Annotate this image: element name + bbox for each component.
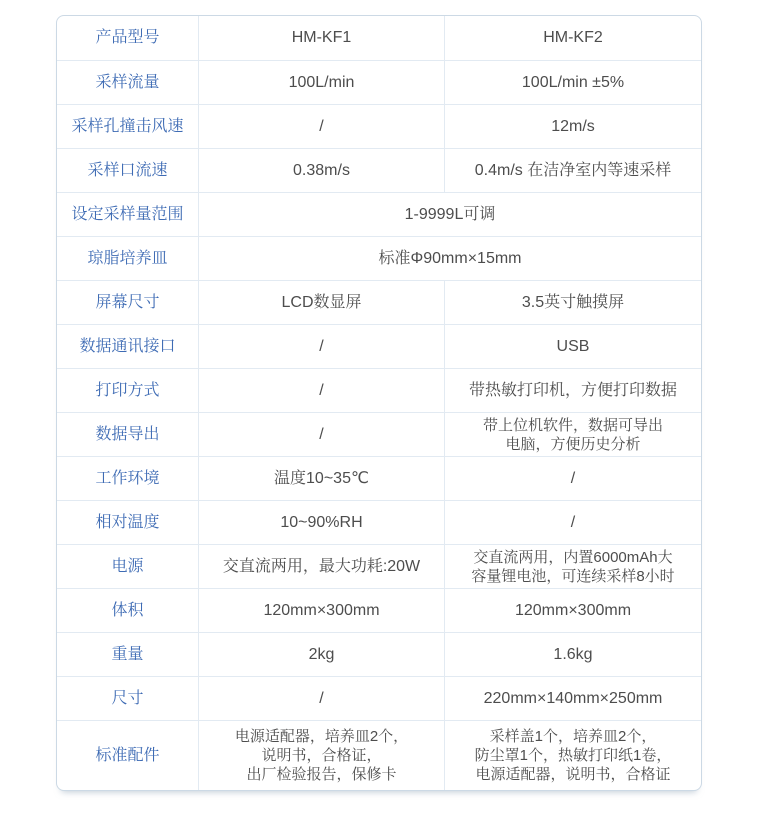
hm-kf2-value: 采样盖1个，培养皿2个， 防尘罩1个，热敏打印纸1卷， 电源适配器，说明书，合格… (444, 721, 701, 790)
table-row: 打印方式/带热敏打印机，方便打印数据 (57, 368, 701, 412)
hm-kf1-value: / (198, 677, 444, 720)
table-row: 产品型号HM-KF1HM-KF2 (57, 16, 701, 60)
hm-kf2-value: 120mm×300mm (444, 589, 701, 632)
spec-label: 琼脂培养皿 (57, 237, 198, 280)
spec-label: 屏幕尺寸 (57, 281, 198, 324)
table-row: 重量2kg1.6kg (57, 632, 701, 676)
spec-label: 电源 (57, 545, 198, 588)
hm-kf1-value: LCD数显屏 (198, 281, 444, 324)
hm-kf1-value: 10~90%RH (198, 501, 444, 544)
spec-label: 数据通讯接口 (57, 325, 198, 368)
hm-kf1-value: 电源适配器，培养皿2个， 说明书，合格证， 出厂检验报告，保修卡 (198, 721, 444, 790)
table-row: 相对温度10~90%RH/ (57, 500, 701, 544)
hm-kf2-value: USB (444, 325, 701, 368)
table-row: 采样流量100L/min100L/min ±5% (57, 60, 701, 104)
hm-kf2-value: HM-KF2 (444, 16, 701, 60)
hm-kf2-value: / (444, 457, 701, 500)
hm-kf1-value: 温度10~35℃ (198, 457, 444, 500)
spec-label: 采样孔撞击风速 (57, 105, 198, 148)
spec-label: 数据导出 (57, 413, 198, 456)
spec-label: 尺寸 (57, 677, 198, 720)
table-row: 体积120mm×300mm120mm×300mm (57, 588, 701, 632)
product-spec-table: 产品型号HM-KF1HM-KF2采样流量100L/min100L/min ±5%… (56, 15, 702, 791)
hm-kf1-value: 交直流两用，最大功耗:20W (198, 545, 444, 588)
spec-label: 产品型号 (57, 16, 198, 60)
spec-label: 打印方式 (57, 369, 198, 412)
hm-kf1-value: 120mm×300mm (198, 589, 444, 632)
page: 产品型号HM-KF1HM-KF2采样流量100L/min100L/min ±5%… (0, 0, 760, 817)
hm-kf1-value: 0.38m/s (198, 149, 444, 192)
table-row: 数据通讯接口/USB (57, 324, 701, 368)
table-row: 采样孔撞击风速/12m/s (57, 104, 701, 148)
spec-label: 体积 (57, 589, 198, 632)
hm-kf2-value: 12m/s (444, 105, 701, 148)
table-row: 屏幕尺寸LCD数显屏3.5英寸触摸屏 (57, 280, 701, 324)
hm-kf2-value: 带热敏打印机，方便打印数据 (444, 369, 701, 412)
table-row: 采样口流速0.38m/s0.4m/s 在洁净室内等速采样 (57, 148, 701, 192)
hm-kf1-value: 100L/min (198, 61, 444, 104)
hm-kf2-value: 交直流两用，内置6000mAh大 容量锂电池，可连续采样8小时 (444, 545, 701, 588)
spec-label: 采样口流速 (57, 149, 198, 192)
hm-kf2-value: 220mm×140mm×250mm (444, 677, 701, 720)
table-row: 工作环境温度10~35℃/ (57, 456, 701, 500)
spec-span-value: 标准Φ90mm×15mm (198, 237, 701, 280)
table-row: 数据导出/带上位机软件，数据可导出 电脑，方便历史分析 (57, 412, 701, 456)
table-row: 电源交直流两用，最大功耗:20W交直流两用，内置6000mAh大 容量锂电池，可… (57, 544, 701, 588)
spec-label: 采样流量 (57, 61, 198, 104)
hm-kf2-value: 100L/min ±5% (444, 61, 701, 104)
hm-kf1-value: / (198, 369, 444, 412)
hm-kf2-value: / (444, 501, 701, 544)
spec-label: 标准配件 (57, 721, 198, 790)
spec-label: 工作环境 (57, 457, 198, 500)
hm-kf2-value: 0.4m/s 在洁净室内等速采样 (444, 149, 701, 192)
table-row: 设定采样量范围1-9999L可调 (57, 192, 701, 236)
hm-kf1-value: / (198, 105, 444, 148)
hm-kf2-value: 1.6kg (444, 633, 701, 676)
table-row: 尺寸/220mm×140mm×250mm (57, 676, 701, 720)
hm-kf1-value: 2kg (198, 633, 444, 676)
spec-label: 设定采样量范围 (57, 193, 198, 236)
hm-kf2-value: 3.5英寸触摸屏 (444, 281, 701, 324)
spec-label: 重量 (57, 633, 198, 676)
table-row: 标准配件电源适配器，培养皿2个， 说明书，合格证， 出厂检验报告，保修卡采样盖1… (57, 720, 701, 790)
hm-kf1-value: / (198, 325, 444, 368)
table-row: 琼脂培养皿标准Φ90mm×15mm (57, 236, 701, 280)
spec-span-value: 1-9999L可调 (198, 193, 701, 236)
hm-kf1-value: / (198, 413, 444, 456)
hm-kf1-value: HM-KF1 (198, 16, 444, 60)
spec-label: 相对温度 (57, 501, 198, 544)
hm-kf2-value: 带上位机软件，数据可导出 电脑，方便历史分析 (444, 413, 701, 456)
